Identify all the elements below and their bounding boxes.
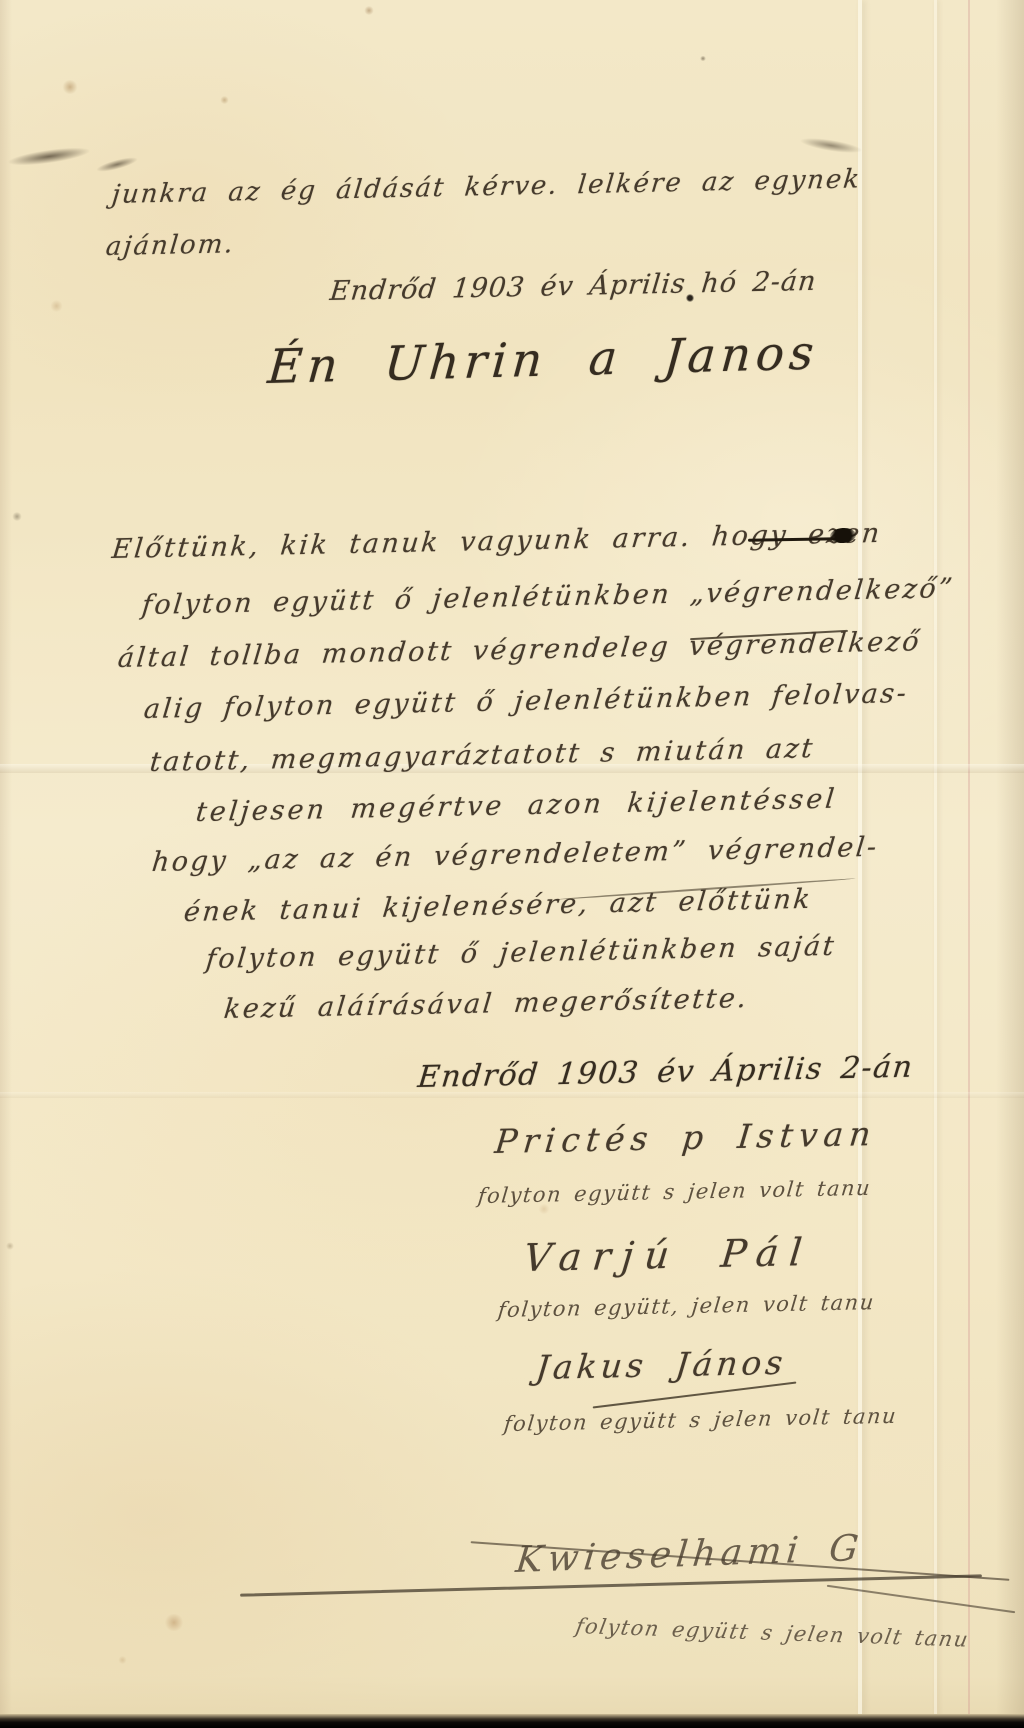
witness-attestation: folyton együtt s jelen volt tanu <box>574 1614 971 1652</box>
ink-smudge <box>7 144 90 168</box>
fragment-line-2: ajánlom. <box>104 229 236 262</box>
manuscript-page: junkra az ég áldását kérve. lelkére az e… <box>0 0 1024 1728</box>
witness-name: Kwieselhami G <box>514 1528 865 1581</box>
stain <box>164 1614 184 1631</box>
witness-name: Jakus János <box>534 1343 788 1387</box>
body-line: által tollba mondott végrendeleg végrend… <box>116 626 922 674</box>
stain <box>364 6 374 15</box>
body-line: folyton együtt ő jelenlétünkben „végrend… <box>140 573 956 621</box>
body-line: folyton együtt ő jelenlétünkben saját <box>204 931 837 975</box>
vertical-fold-crease <box>858 0 862 1728</box>
body-line: ének tanui kijelenésére, azt előttünk <box>182 884 813 928</box>
ink-smudge <box>800 135 863 156</box>
stain <box>118 1656 127 1664</box>
stain <box>62 80 78 94</box>
left-edge-shade <box>0 0 12 1728</box>
witness-attestation: folyton együtt s jelen volt tanu <box>477 1176 873 1208</box>
vertical-fold-crease <box>934 0 937 1728</box>
ink-smudge <box>96 155 139 175</box>
dateline-top: Endrőd 1903 év Április hó 2-án <box>328 266 818 307</box>
stain <box>6 1242 14 1250</box>
body-line: kezű aláírásával megerősítette. <box>222 983 750 1025</box>
body-line: hogy „az az én végrendeletem” végrendel- <box>150 832 880 878</box>
witness-attestation: folyton együtt s jelen volt tanu <box>503 1404 899 1436</box>
vertical-pink-line <box>968 0 970 1728</box>
body-line: Előttünk, kik tanuk vagyunk arra. hogy e… <box>110 518 883 565</box>
body-line: teljesen megértve azon kijelentéssel <box>194 784 838 828</box>
stain <box>50 300 63 312</box>
body-line: tatott, megmagyaráztatott s miután azt <box>148 733 816 778</box>
declarant-signature: Én Uhrin a Janos <box>266 326 821 396</box>
stain <box>12 512 22 521</box>
signature-underline <box>593 1382 797 1409</box>
ink-speck <box>700 56 706 61</box>
fragment-line-1: junkra az ég áldását kérve. lelkére az e… <box>110 164 862 210</box>
witness-name: Varjú Pál <box>522 1230 815 1280</box>
stain <box>220 96 229 104</box>
scan-edge-bottom <box>0 1714 1024 1728</box>
witness-name: Prictés p Istvan <box>493 1114 879 1161</box>
dateline-bottom: Endrőd 1903 év Április 2-án <box>416 1050 915 1095</box>
signature-flourish <box>827 1585 1015 1613</box>
witness-attestation: folyton együtt, jelen volt tanu <box>497 1290 876 1322</box>
body-line: alig folyton együtt ő jelenlétünkben fel… <box>142 678 909 725</box>
right-edge-shade <box>996 0 1024 1728</box>
